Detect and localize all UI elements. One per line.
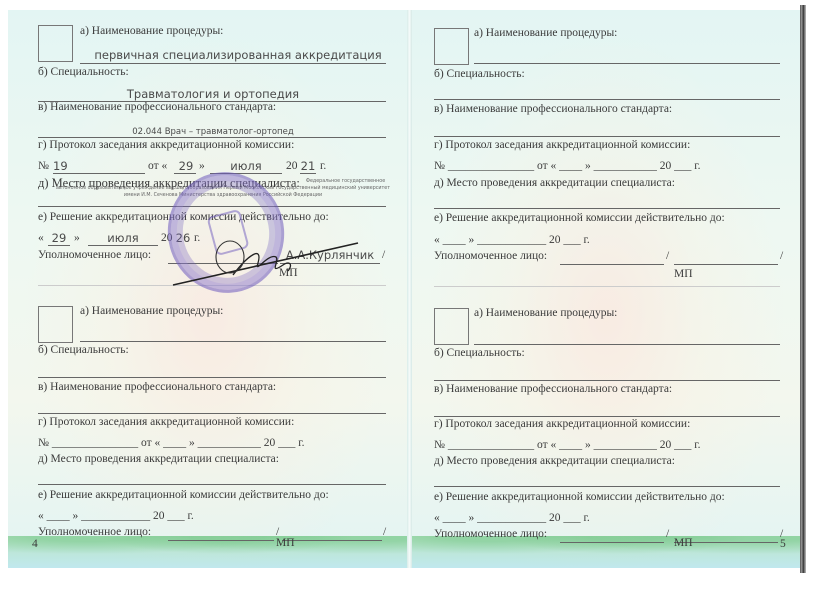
checkbox[interactable]	[434, 308, 469, 345]
label-venue: д) Место проведения аккредитации специал…	[38, 453, 279, 465]
underline	[53, 173, 145, 174]
label-protocol: г) Протокол заседания аккредитационной к…	[38, 416, 294, 428]
underline[interactable]	[434, 486, 780, 487]
ornament-band	[412, 536, 800, 568]
year-prefix: 20	[286, 160, 298, 172]
authorized-label: Уполномоченное лицо:	[434, 528, 547, 540]
value-procedure: первичная специализированная аккредитаци…	[88, 48, 388, 62]
underline[interactable]	[38, 377, 386, 378]
label-procedure: а) Наименование процедуры:	[474, 307, 617, 319]
underline[interactable]	[38, 413, 386, 414]
label-valid-until: е) Решение аккредитационной комиссии дей…	[434, 491, 725, 503]
label-procedure: а) Наименование процедуры:	[80, 305, 223, 317]
underline	[300, 173, 316, 174]
underline	[174, 173, 196, 174]
from-label: от «	[148, 160, 167, 172]
protocol-no-label: №	[38, 160, 49, 172]
slash: /	[383, 526, 386, 538]
valid-line: « ____ » ____________ 20 ___ г.	[434, 512, 590, 524]
page-number: 4	[32, 538, 38, 550]
signature	[168, 235, 388, 295]
protocol-year: 21	[300, 159, 316, 173]
authorized-label: Уполномоченное лицо:	[38, 249, 151, 261]
label-prof-standard: в) Наименование профессионального станда…	[38, 101, 276, 113]
name-line[interactable]	[674, 264, 778, 265]
label-venue: д) Место проведения аккредитации специал…	[434, 177, 675, 189]
label-venue: д) Место проведения аккредитации специал…	[434, 455, 675, 467]
checkbox[interactable]	[38, 306, 73, 343]
left-page: а) Наименование процедуры: первичная спе…	[8, 10, 408, 568]
label-valid-until: е) Решение аккредитационной комиссии дей…	[434, 212, 725, 224]
label-prof-standard: в) Наименование профессионального станда…	[38, 381, 276, 393]
underline[interactable]	[80, 341, 386, 342]
cover-edge	[800, 5, 806, 573]
label-protocol: г) Протокол заседания аккредитационной к…	[434, 139, 690, 151]
right-page: а) Наименование процедуры: б) Специально…	[412, 10, 800, 568]
slash: /	[666, 250, 669, 262]
protocol-month: июля	[210, 159, 282, 173]
protocol-line: № _______________ от « ____ » __________…	[434, 160, 701, 172]
valid-open: «	[38, 232, 44, 244]
underline	[48, 245, 70, 246]
label-prof-standard: в) Наименование профессионального станда…	[434, 383, 672, 395]
underline[interactable]	[434, 136, 780, 137]
label-specialty: б) Специальность:	[434, 347, 525, 359]
mp-label: МП	[674, 537, 693, 549]
label-valid-until: е) Решение аккредитационной комиссии дей…	[38, 489, 329, 501]
checkbox[interactable]	[38, 25, 73, 62]
page-number: 5	[780, 538, 786, 550]
underline	[38, 137, 386, 138]
underline[interactable]	[38, 484, 386, 485]
divider	[434, 286, 780, 287]
value-specialty: Травматология и ортопедия	[38, 87, 388, 101]
valid-close: »	[74, 232, 80, 244]
signature-line[interactable]	[560, 542, 664, 543]
underline[interactable]	[434, 208, 780, 209]
slash: /	[780, 250, 783, 262]
underline[interactable]	[434, 380, 780, 381]
year-suffix: г.	[320, 160, 326, 172]
label-protocol: г) Протокол заседания аккредитационной к…	[38, 139, 294, 151]
authorized-label: Уполномоченное лицо:	[38, 526, 151, 538]
label-specialty: б) Специальность:	[38, 344, 129, 356]
protocol-no: 19	[53, 159, 83, 173]
underline[interactable]	[474, 63, 780, 64]
mp-label: МП	[674, 268, 693, 280]
label-protocol: г) Протокол заседания аккредитационной к…	[434, 418, 690, 430]
label-procedure: а) Наименование процедуры:	[474, 27, 617, 39]
protocol-line: № _______________ от « ____ » __________…	[434, 439, 701, 451]
underline[interactable]	[434, 99, 780, 100]
label-prof-standard: в) Наименование профессионального станда…	[434, 103, 672, 115]
signature-line[interactable]	[560, 264, 664, 265]
authorized-label: Уполномоченное лицо:	[434, 250, 547, 262]
checkbox[interactable]	[434, 28, 469, 65]
valid-day: 29	[48, 231, 70, 245]
label-specialty: б) Специальность:	[38, 66, 129, 78]
mp-label: МП	[276, 537, 295, 549]
label-specialty: б) Специальность:	[434, 68, 525, 80]
underline	[80, 63, 386, 64]
valid-line: « ____ » ____________ 20 ___ г.	[434, 234, 590, 246]
signature-line[interactable]	[168, 540, 274, 541]
underline	[88, 245, 158, 246]
slash: /	[666, 528, 669, 540]
name-line[interactable]	[282, 540, 382, 541]
underline[interactable]	[474, 344, 780, 345]
valid-line: « ____ » ____________ 20 ___ г.	[38, 510, 194, 522]
protocol-line: № _______________ от « ____ » __________…	[38, 437, 305, 449]
close-quote: »	[199, 160, 205, 172]
underline[interactable]	[434, 416, 780, 417]
label-procedure: а) Наименование процедуры:	[80, 25, 223, 37]
value-prof-standard: 02.044 Врач – травматолог-ортопед	[38, 127, 388, 137]
valid-month: июля	[88, 231, 158, 245]
protocol-day: 29	[176, 159, 196, 173]
